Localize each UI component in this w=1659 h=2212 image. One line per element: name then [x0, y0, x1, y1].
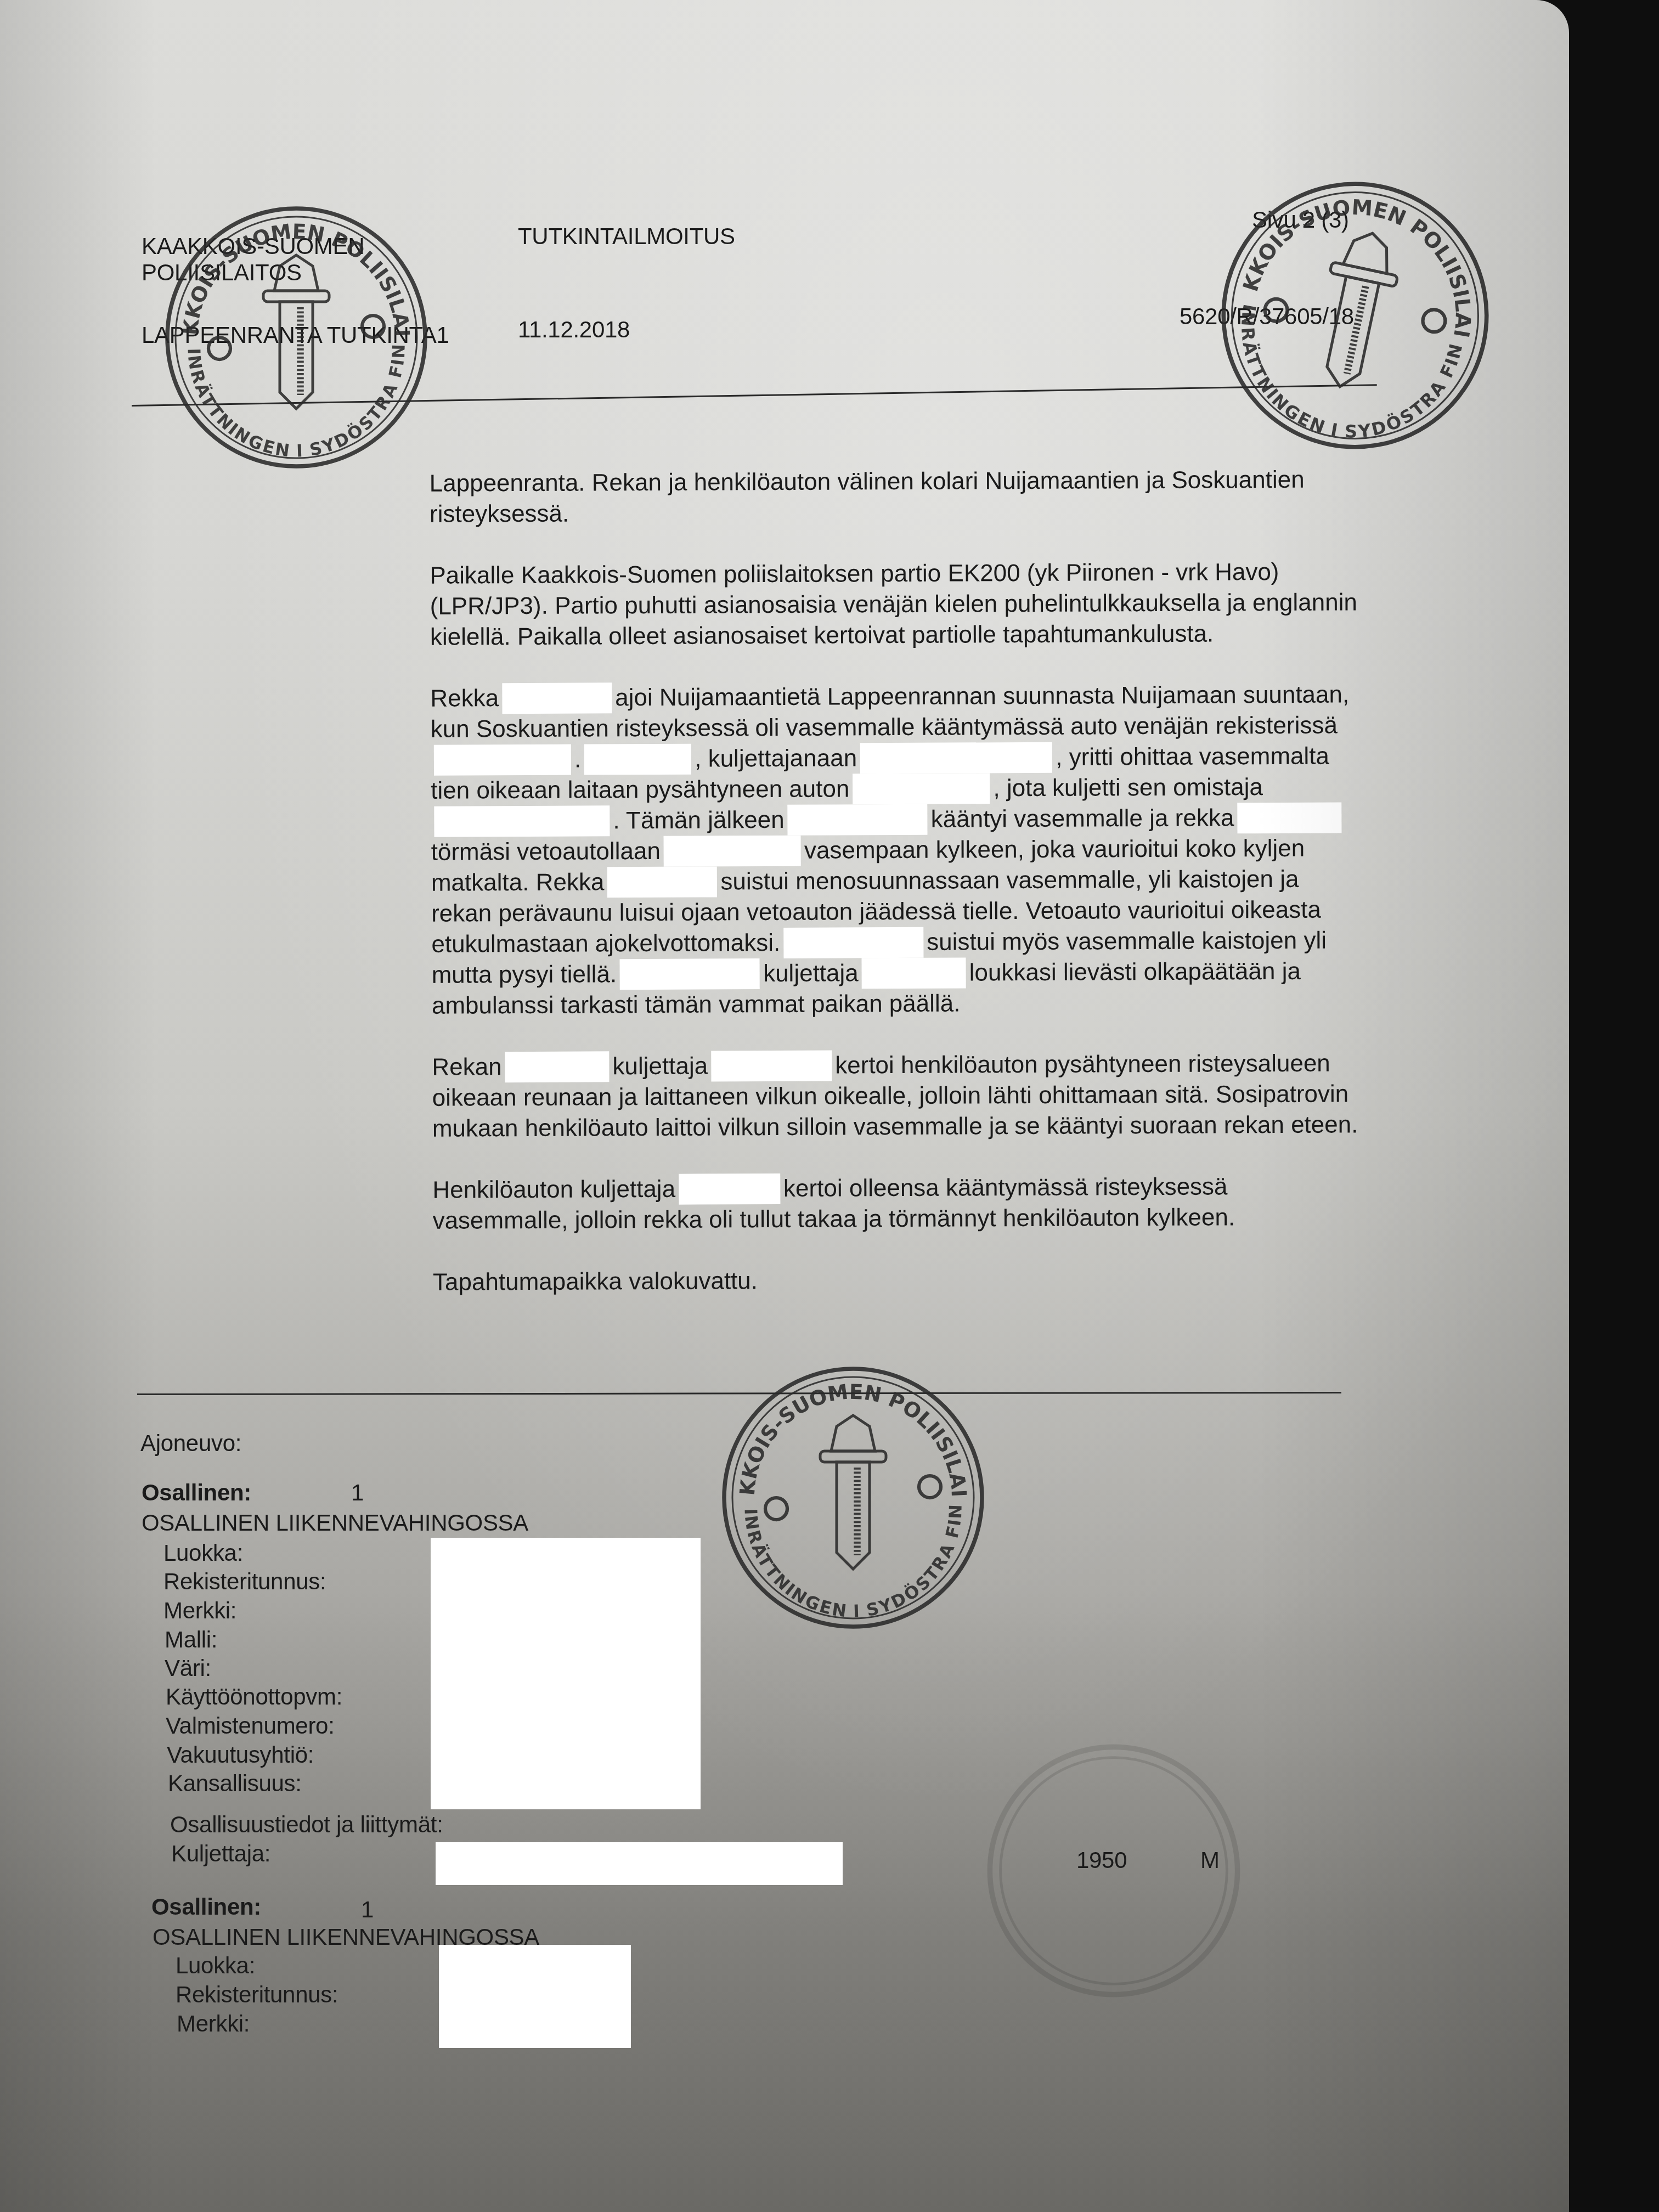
- field-label: Kansallisuus:: [168, 1772, 302, 1795]
- field-label: Vakuutusyhtiö:: [167, 1743, 314, 1767]
- redaction: [620, 958, 760, 990]
- field-label: Valmistenumero:: [166, 1714, 335, 1737]
- redaction: [434, 744, 571, 776]
- document-type: TUTKINTAILMOITUS: [518, 225, 735, 248]
- redaction: [853, 773, 990, 804]
- party2-label: Osallinen:: [151, 1895, 261, 1918]
- redaction: [584, 744, 691, 775]
- field-label: Merkki:: [177, 2012, 250, 2035]
- paragraph-truck-driver-statement: Rekankuljettajakertoi henkilöauton pysäh…: [432, 1048, 1365, 1144]
- police-stamp-icon: KAAKKOIS-SUOMEN POLIISILAITOS POLISINRÄT…: [159, 200, 433, 475]
- redaction: [502, 682, 612, 714]
- field-label: Luokka:: [163, 1542, 243, 1565]
- redaction: [788, 804, 928, 836]
- redaction: [860, 742, 1052, 774]
- paragraph-summary: Lappeenranta. Rekan ja henkilöauton väli…: [430, 464, 1362, 529]
- field-label: Merkki:: [163, 1599, 236, 1622]
- faint-stamp-icon: [982, 1739, 1245, 2002]
- redaction: [783, 927, 923, 958]
- driver-label: Kuljettaja:: [171, 1842, 270, 1865]
- party1-number: 1: [351, 1481, 364, 1504]
- redaction: [679, 1173, 780, 1205]
- field-label: Rekisteritunnus:: [176, 1983, 338, 2006]
- participation-label: Osallisuustiedot ja liittymät:: [170, 1813, 443, 1836]
- police-stamp-icon: KAAKKOIS-SUOMEN POLIISILAITOS POLISINRÄT…: [716, 1361, 990, 1635]
- party1-label: Osallinen:: [142, 1481, 251, 1504]
- field-label: Luokka:: [176, 1954, 255, 1977]
- police-stamp-icon: KAAKKOIS-SUOMEN POLIISILAITOS POLISINRÄT…: [1215, 176, 1495, 455]
- redaction: [862, 957, 966, 989]
- field-label: Väri:: [165, 1657, 211, 1680]
- field-label: Malli:: [165, 1628, 217, 1651]
- redaction: [607, 866, 717, 898]
- document-page: KAAKKOIS-SUOMEN POLIISILAITOS LAPPEENRAN…: [0, 0, 1569, 2212]
- paragraph-car-driver-statement: Henkilöauton kuljettajakertoi olleensa k…: [432, 1171, 1365, 1236]
- party1-role: OSALLINEN LIIKENNEVAHINGOSSA: [142, 1511, 528, 1534]
- redaction: [711, 1051, 832, 1082]
- report-body: Lappeenranta. Rekan ja henkilöauton väli…: [430, 464, 1366, 1328]
- field-label: Käyttöönottopvm:: [166, 1685, 342, 1708]
- paragraph-events: Rekkaajoi Nuijamaantietä Lappeenrannan s…: [430, 679, 1364, 1021]
- document-date: 11.12.2018: [518, 318, 630, 341]
- redaction: [434, 805, 610, 837]
- paragraph-photographed: Tapahtumapaikka valokuvattu.: [433, 1263, 1365, 1297]
- redaction-vehicle-details: [431, 1538, 701, 1809]
- redaction-vehicle2-details: [439, 1945, 631, 2048]
- redaction: [1237, 802, 1341, 833]
- paragraph-patrol: Paikalle Kaakkois-Suomen poliislaitoksen…: [430, 556, 1363, 652]
- redaction: [664, 836, 801, 867]
- vehicle-title: Ajoneuvo:: [140, 1432, 241, 1455]
- party2-number: 1: [361, 1898, 374, 1921]
- redaction: [505, 1051, 609, 1082]
- field-label: Rekisteritunnus:: [163, 1570, 326, 1593]
- redaction-driver-name: [436, 1842, 843, 1885]
